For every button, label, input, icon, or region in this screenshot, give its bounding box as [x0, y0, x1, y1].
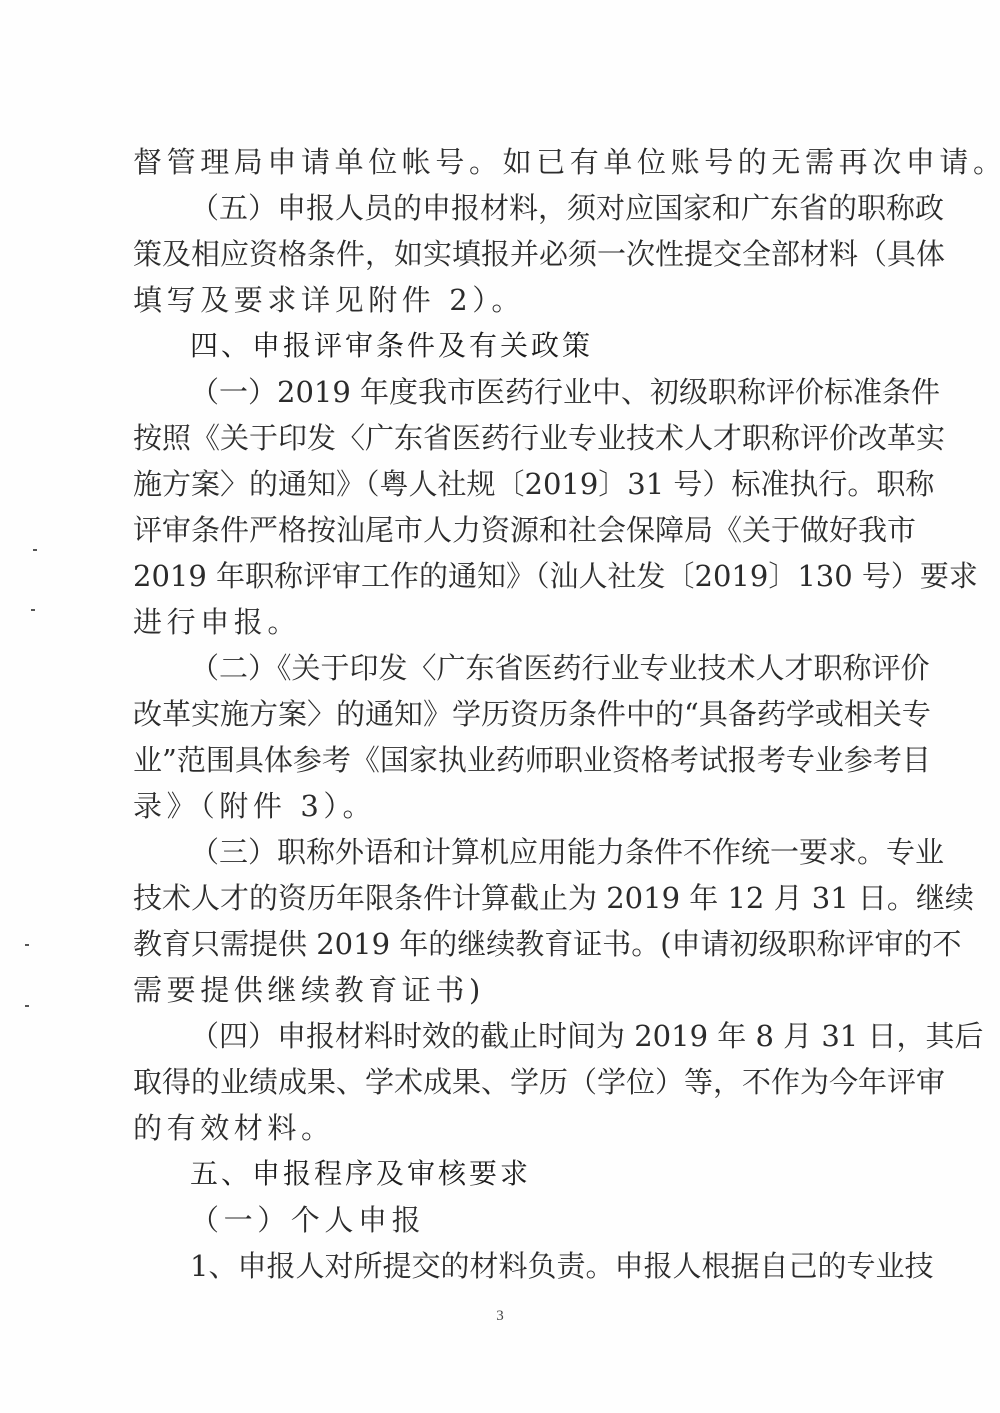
paragraph-line: 取得的业绩成果、学术成果、学历（学位）等，不作为今年评审 — [133, 1062, 883, 1102]
document-page: 督管理局申请单位帐号。如已有单位账号的无需再次申请。（五）申报人员的申报材料，须… — [0, 0, 1000, 1413]
paragraph-line: 录》（附件 3）。 — [133, 786, 883, 826]
paragraph-line: 督管理局申请单位帐号。如已有单位账号的无需再次申请。 — [133, 142, 883, 182]
paragraph-line: 教育只需提供 2019 年的继续教育证书。(申请初级职称评审的不 — [133, 924, 883, 964]
paragraph-line: 技术人才的资历年限条件计算截止为 2019 年 12 月 31 日。继续 — [133, 878, 883, 918]
paragraph-line: 需要提供继续教育证书) — [133, 970, 883, 1010]
paragraph-line: 的有效材料。 — [133, 1108, 883, 1148]
paragraph-line: 施方案〉的通知》（粤人社规〔2019〕31 号）标准执行。职称 — [133, 464, 883, 504]
paragraph-line: （四）申报材料时效的截止时间为 2019 年 8 月 31 日，其后 — [190, 1016, 883, 1056]
paragraph-line: （三）职称外语和计算机应用能力条件不作统一要求。专业 — [190, 832, 883, 872]
paragraph-line: （五）申报人员的申报材料，须对应国家和广东省的职称政 — [190, 188, 883, 228]
paragraph-line: 业”范围具体参考《国家执业药师职业资格考试报考专业参考目 — [133, 740, 883, 780]
paragraph-line: （一）个人申报 — [190, 1200, 883, 1240]
paragraph-line: 按照《关于印发〈广东省医药行业专业技术人才职称评价改革实 — [133, 418, 883, 458]
paragraph-line: 策及相应资格条件，如实填报并必须一次性提交全部材料（具体 — [133, 234, 883, 274]
paragraph-line: 进行申报。 — [133, 602, 883, 642]
paragraph-line: （一）2019 年度我市医药行业中、初级职称评价标准条件 — [190, 372, 883, 412]
section-heading: 五、申报程序及审核要求 — [190, 1154, 883, 1194]
section-heading: 四、申报评审条件及有关政策 — [190, 326, 883, 366]
paragraph-line: 2019 年职称评审工作的通知》（汕人社发〔2019〕130 号）要求 — [133, 556, 883, 596]
scan-speck — [25, 1005, 29, 1007]
paragraph-line: 评审条件严格按汕尾市人力资源和社会保障局《关于做好我市 — [133, 510, 883, 550]
paragraph-line: 1、申报人对所提交的材料负责。申报人根据自己的专业技 — [190, 1246, 883, 1286]
scan-speck — [31, 609, 35, 611]
scan-speck — [33, 549, 37, 551]
scan-speck — [25, 944, 29, 946]
page-number: 3 — [0, 1308, 1000, 1325]
paragraph-line: 改革实施方案〉的通知》学历资历条件中的“具备药学或相关专 — [133, 694, 883, 734]
paragraph-line: （二）《关于印发〈广东省医药行业专业技术人才职称评价 — [190, 648, 883, 688]
paragraph-line: 填写及要求详见附件 2）。 — [133, 280, 883, 320]
